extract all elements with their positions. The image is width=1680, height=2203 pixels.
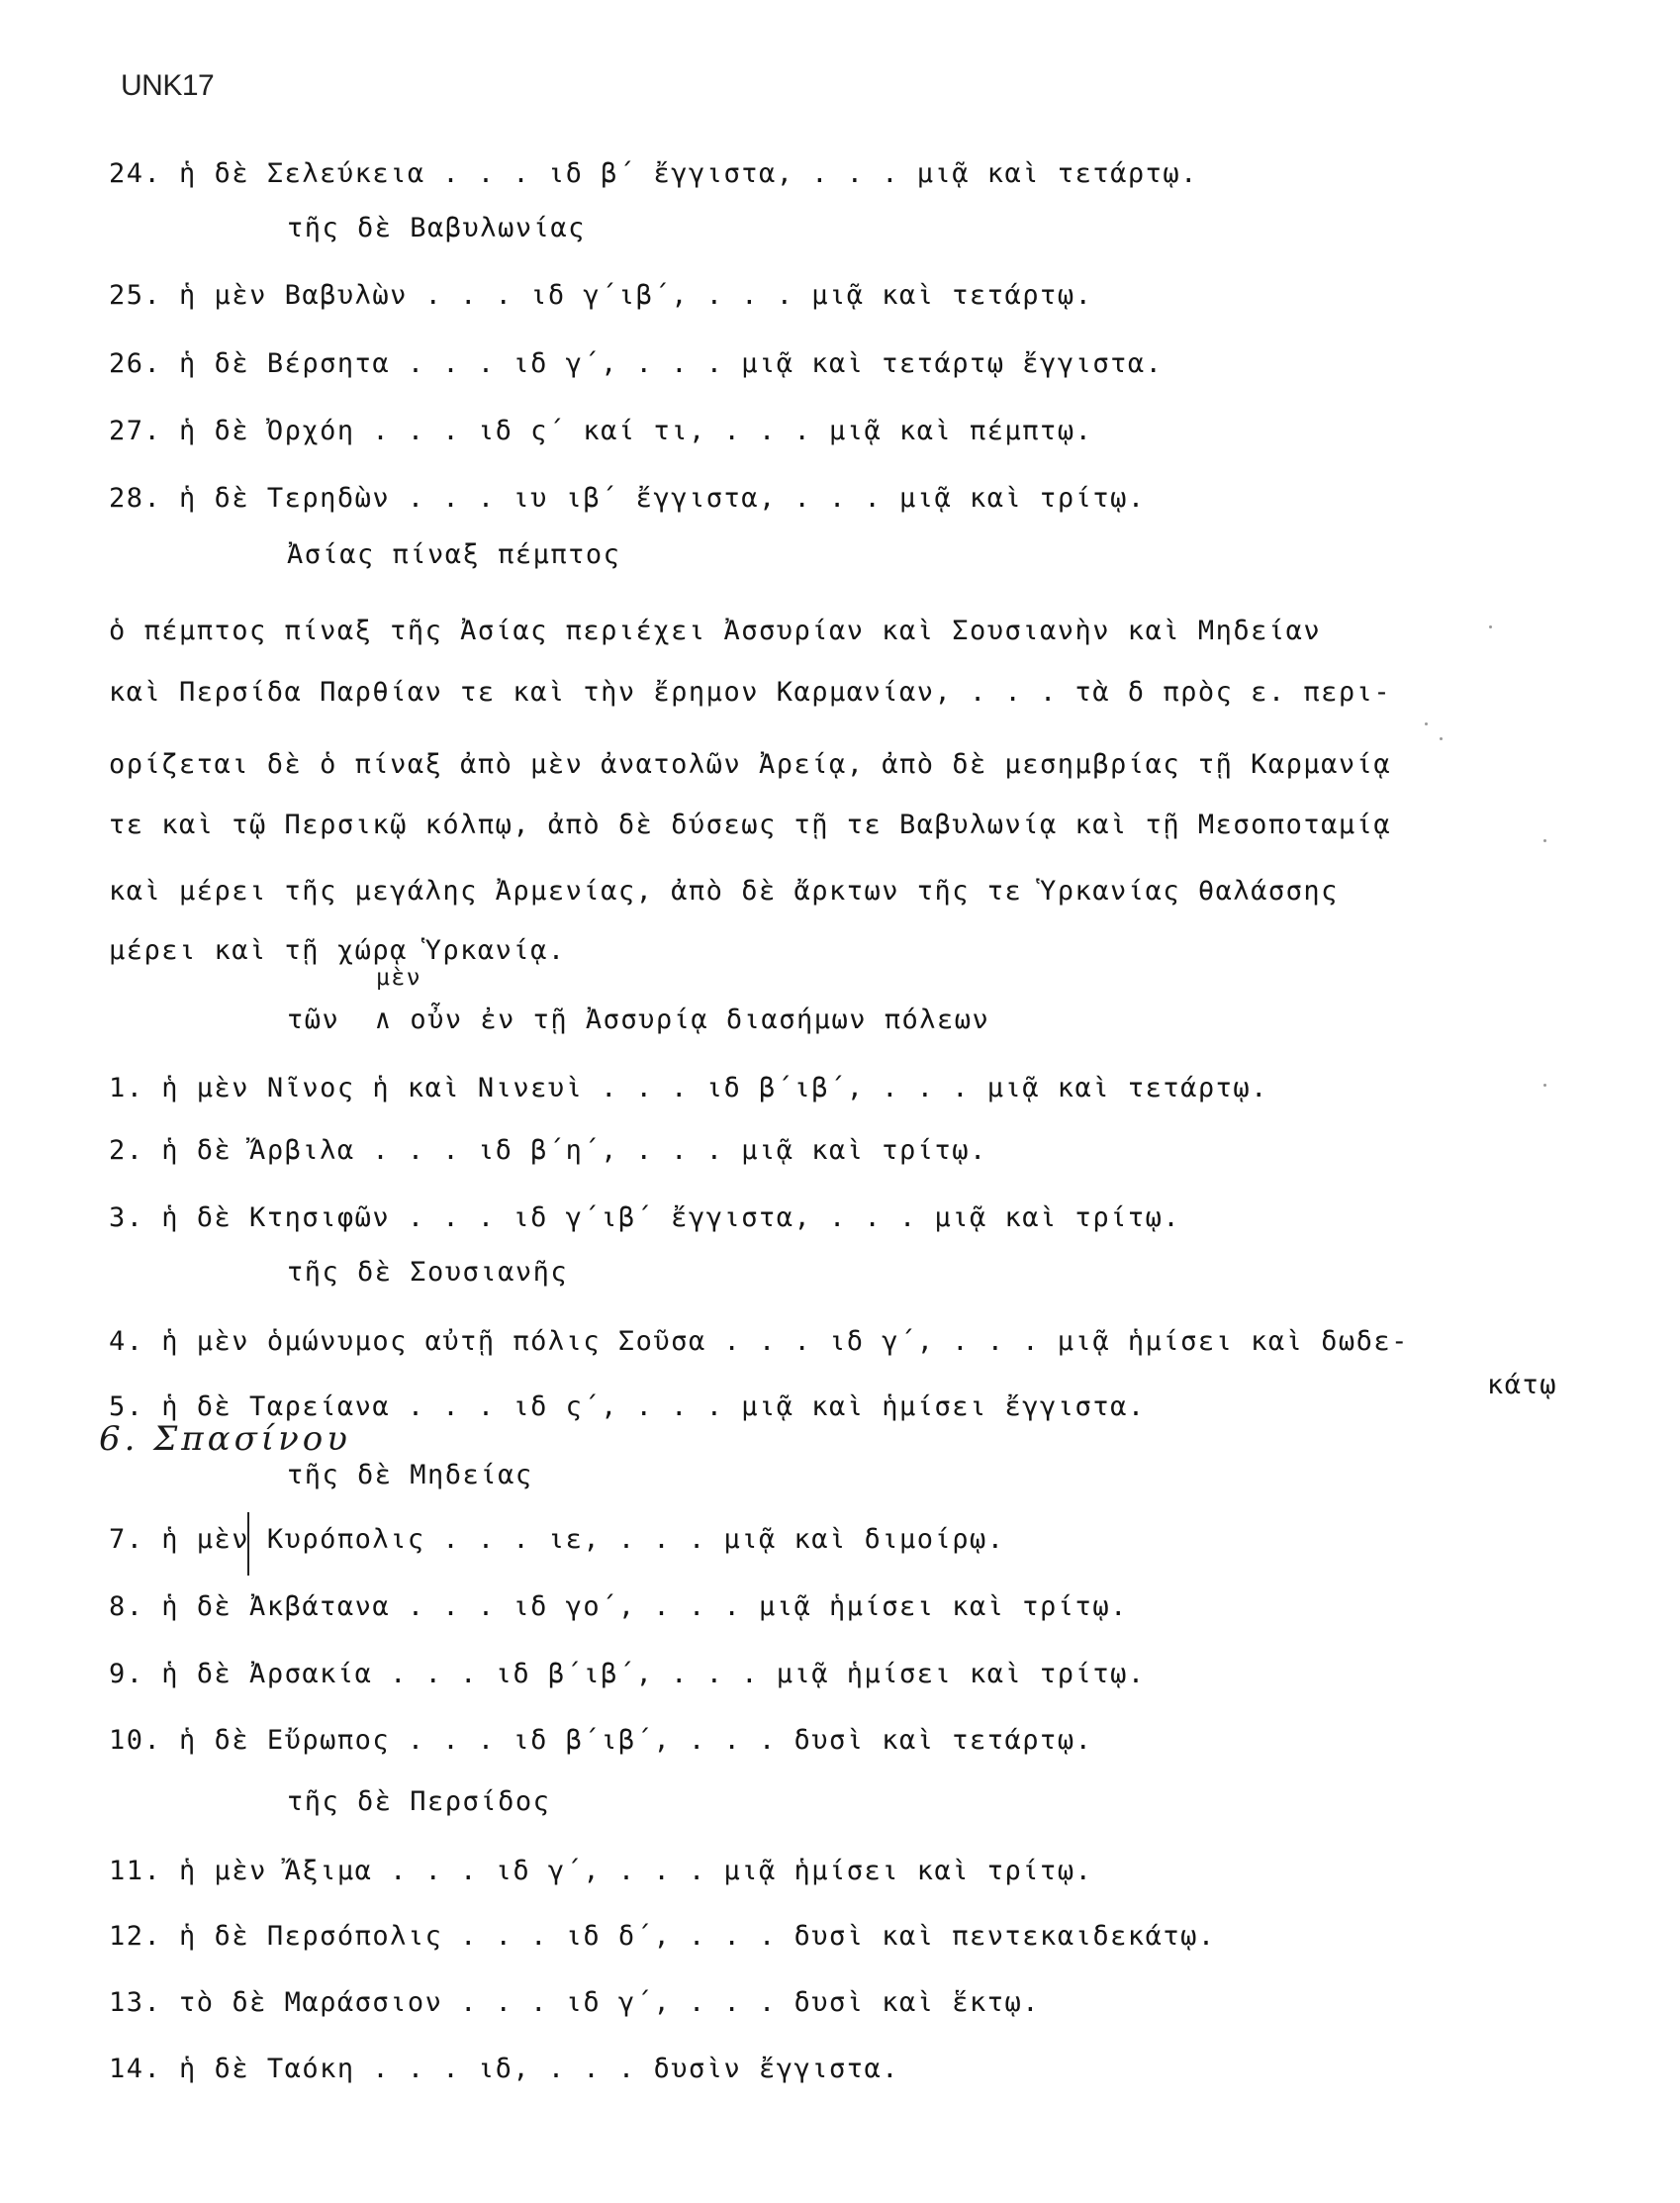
entry-number: 24. <box>109 158 161 189</box>
section-heading-babylonia: τῆς δὲ Βαβυλωνίας <box>287 213 586 243</box>
paragraph-line: καὶ μέρει τῆς μεγάλης Ἀρμενίας, ἀπὸ δὲ ἄ… <box>109 876 1339 907</box>
entry-1: 1. ἡ μὲν Νῖνος ἡ καὶ Νινευὶ . . . ιδ β΄ι… <box>109 1073 1268 1103</box>
typescript-page: UNK17 24. ἡ δὲ Σελεύκεια . . . ιδ β΄ ἔγγ… <box>0 0 1680 2203</box>
entry-number: 7. <box>109 1524 144 1555</box>
entry-24: 24. ἡ δὲ Σελεύκεια . . . ιδ β΄ ἔγγιστα, … <box>109 158 1198 189</box>
entry-number: 25. <box>109 280 161 311</box>
entry-text: ἡ μὲν ὁμώνυμος αὐτῇ πόλις Σοῦσα . . . ιδ… <box>161 1326 1409 1357</box>
entry-text: ἡ δὲ Κτησιφῶν . . . ιδ γ΄ιβ΄ ἔγγιστα, . … <box>161 1202 1180 1233</box>
entry-number: 14. <box>109 2054 161 2084</box>
entry-number: 10. <box>109 1725 161 1756</box>
section-heading-asia-fifth-table: Ἀσίας πίναξ πέμπτος <box>287 539 620 570</box>
paragraph-line: καὶ Περσίδα Παρθίαν τε καὶ τὴν ἔρημον Κα… <box>109 677 1391 708</box>
entry-3: 3. ἡ δὲ Κτησιφῶν . . . ιδ γ΄ιβ΄ ἔγγιστα,… <box>109 1202 1180 1233</box>
paragraph-line: μέρει καὶ τῇ χώρᾳ Ὑρκανίᾳ. <box>109 935 566 966</box>
entry-2: 2. ἡ δὲ Ἄρβιλα . . . ιδ β΄η΄, . . . μιᾷ … <box>109 1135 987 1166</box>
entry-text: ἡ δὲ Ἀκβάτανα . . . ιδ γο΄, . . . μιᾷ ἡμ… <box>161 1591 1128 1622</box>
entry-number: 4. <box>109 1326 144 1357</box>
entry-text: ἡ δὲ Ὀρχόη . . . ιδ ς΄ καί τι, . . . μιᾷ… <box>179 416 1092 446</box>
entry-13: 13. τὸ δὲ Μαράσσιον . . . ιδ γ΄, . . . δ… <box>109 1987 1040 2018</box>
page-label: UNK17 <box>121 69 214 103</box>
entry-text: ἡ δὲ Ἀρσακία . . . ιδ β΄ιβ΄, . . . μιᾷ ἡ… <box>161 1659 1145 1689</box>
scan-speckle <box>1440 737 1443 740</box>
entry-12: 12. ἡ δὲ Περσόπολις . . . ιδ δ΄, . . . δ… <box>109 1921 1216 1952</box>
heading-after: οὖν ἐν τῇ Ἀσσυρίᾳ διασήμων πόλεων <box>410 1005 989 1035</box>
entry-5: 5. ἡ δὲ Ταρείανα . . . ιδ ς΄, . . . μιᾷ … <box>109 1391 1146 1422</box>
paragraph-line: ορίζεται δὲ ὁ πίναξ ἀπὸ μὲν ἀνατολῶν Ἀρε… <box>109 749 1391 780</box>
paragraph-line: ὁ πέμπτος πίναξ τῆς Ἀσίας περιέχει Ἀσσυρ… <box>109 616 1321 646</box>
entry-text: ἡ δὲ Εὔρωπος . . . ιδ β΄ιβ΄, . . . δυσὶ … <box>179 1725 1092 1756</box>
entry-number: 11. <box>109 1856 161 1886</box>
scan-speckle <box>1489 625 1492 628</box>
handwritten-annotation: 6. Σπασίνου <box>99 1419 351 1459</box>
entry-number: 2. <box>109 1135 144 1166</box>
entry-number: 8. <box>109 1591 144 1622</box>
entry-14: 14. ἡ δὲ Ταόκη . . . ιδ, . . . δυσὶν ἔγγ… <box>109 2054 899 2084</box>
scan-speckle <box>1425 722 1428 725</box>
section-heading-media: τῆς δὲ Μηδείας <box>287 1460 533 1490</box>
entry-text: ἡ δὲ Ἄρβιλα . . . ιδ β΄η΄, . . . μιᾷ καὶ… <box>161 1135 987 1166</box>
entry-26: 26. ἡ δὲ Βέρσητα . . . ιδ γ΄, . . . μιᾷ … <box>109 348 1163 379</box>
entry-text: ἡ μὲν Ἄξιμα . . . ιδ γ΄, . . . μιᾷ ἡμίσε… <box>179 1856 1092 1886</box>
section-heading-susiana: τῆς δὲ Σουσιανῆς <box>287 1257 568 1288</box>
entry-text: ἡ δὲ Βέρσητα . . . ιδ γ΄, . . . μιᾷ καὶ … <box>179 348 1163 379</box>
entry-8: 8. ἡ δὲ Ἀκβάτανα . . . ιδ γο΄, . . . μιᾷ… <box>109 1591 1128 1622</box>
entry-text: τὸ δὲ Μαράσσιον . . . ιδ γ΄, . . . δυσὶ … <box>179 1987 1040 2018</box>
entry-7: 7. ἡ μὲν Κυρόπολις . . . ιε, . . . μιᾷ κ… <box>109 1524 1005 1555</box>
entry-text: ἡ μὲν Βαβυλὼν . . . ιδ γ΄ιβ΄, . . . μιᾷ … <box>179 280 1092 311</box>
entry-11: 11. ἡ μὲν Ἄξιμα . . . ιδ γ΄, . . . μιᾷ ἡ… <box>109 1856 1092 1886</box>
entry-number: 5. <box>109 1391 144 1422</box>
scan-speckle <box>1543 1084 1546 1087</box>
entry-number: 3. <box>109 1202 144 1233</box>
entry-25: 25. ἡ μὲν Βαβυλὼν . . . ιδ γ΄ιβ΄, . . . … <box>109 280 1092 311</box>
entry-text: ἡ δὲ Ταρείανα . . . ιδ ς΄, . . . μιᾷ καὶ… <box>161 1391 1145 1422</box>
entry-text: ἡ δὲ Σελεύκεια . . . ιδ β΄ ἔγγιστα, . . … <box>179 158 1198 189</box>
scan-speckle <box>1543 839 1546 842</box>
entry-text: ἡ δὲ Ταόκη . . . ιδ, . . . δυσὶν ἔγγιστα… <box>179 2054 899 2084</box>
entry-number: 28. <box>109 483 161 514</box>
section-heading-assyria: τῶν ∧ οὖν ἐν τῇ Ἀσσυρίᾳ διασήμων πόλεων <box>287 1005 989 1035</box>
paragraph-line: τε καὶ τῷ Περσικῷ κόλπῳ, ἀπὸ δὲ δύσεως τ… <box>109 810 1391 840</box>
entry-27: 27. ἡ δὲ Ὀρχόη . . . ιδ ς΄ καί τι, . . .… <box>109 416 1092 446</box>
entry-28: 28. ἡ δὲ Τερηδὼν . . . ιυ ιβ΄ ἔγγιστα, .… <box>109 483 1146 514</box>
entry-text: ἡ μὲν Νῖνος ἡ καὶ Νινευὶ . . . ιδ β΄ιβ΄,… <box>161 1073 1268 1103</box>
entry-text: ἡ δὲ Περσόπολις . . . ιδ δ΄, . . . δυσὶ … <box>179 1921 1216 1952</box>
entry-number: 13. <box>109 1987 161 2018</box>
entry-9: 9. ἡ δὲ Ἀρσακία . . . ιδ β΄ιβ΄, . . . μι… <box>109 1659 1146 1689</box>
section-heading-persis: τῆς δὲ Περσίδος <box>287 1786 550 1817</box>
entry-number: 9. <box>109 1659 144 1689</box>
heading-before: τῶν <box>287 1005 339 1035</box>
entry-text: ἡ δὲ Τερηδὼν . . . ιυ ιβ΄ ἔγγιστα, . . .… <box>179 483 1146 514</box>
entry-number: 1. <box>109 1073 144 1103</box>
entry-4: 4. ἡ μὲν ὁμώνυμος αὐτῇ πόλις Σοῦσα . . .… <box>109 1326 1409 1357</box>
entry-number: 12. <box>109 1921 161 1952</box>
entry-number: 27. <box>109 416 161 446</box>
insertion-caret-icon: ∧ <box>375 1005 393 1035</box>
inserted-word: μὲν <box>376 965 421 991</box>
entry-10: 10. ἡ δὲ Εὔρωπος . . . ιδ β΄ιβ΄, . . . δ… <box>109 1725 1092 1756</box>
entry-number: 26. <box>109 348 161 379</box>
entry-text: ἡ μὲν Κυρόπολις . . . ιε, . . . μιᾷ καὶ … <box>161 1524 1004 1555</box>
entry-4-continuation: κάτῳ <box>1487 1370 1557 1400</box>
